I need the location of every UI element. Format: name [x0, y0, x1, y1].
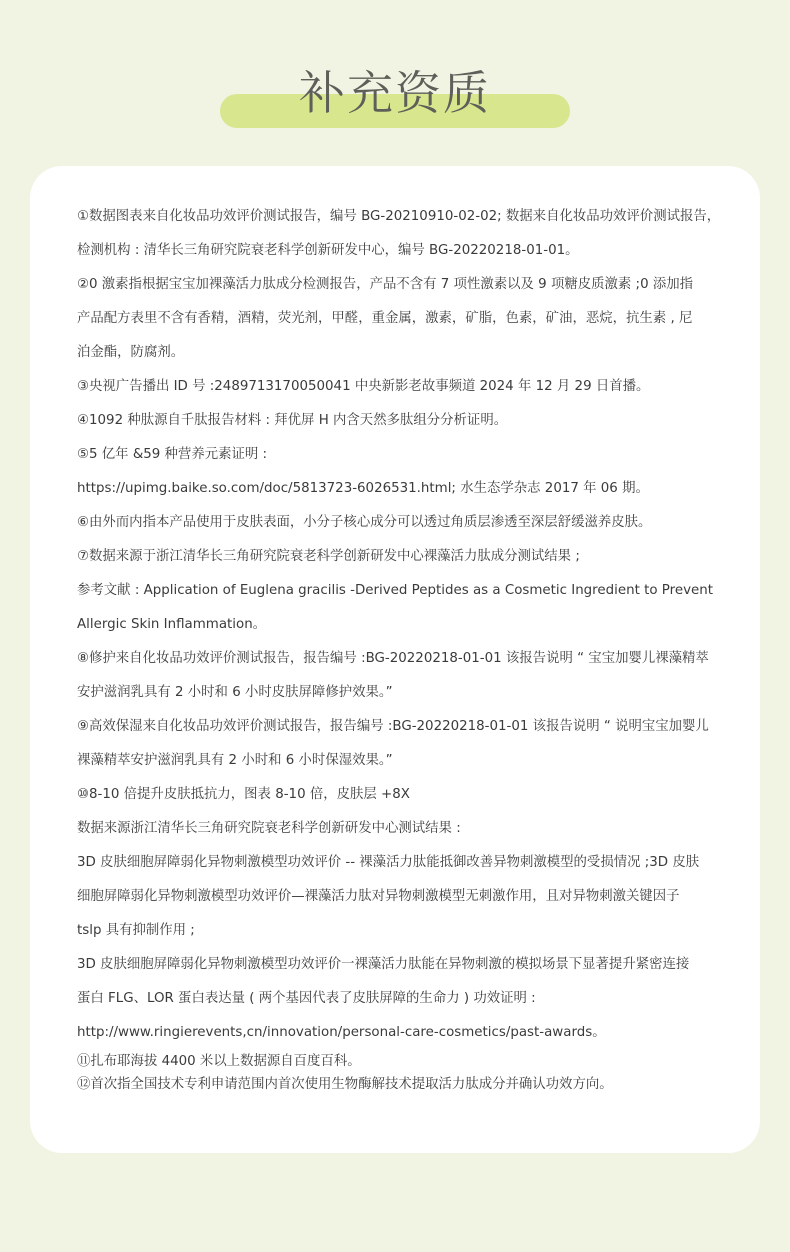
note-line-10-3: 3D 皮肤细胞屏障弱化异物刺激模型功效评价 -- 裸藻活力肽能抵御改善异物刺激模… — [77, 846, 727, 880]
note-line-2-1: ②0 激素指根据宝宝加裸藻活力肽成分检测报告，产品不含有 7 项性激素以及 9 … — [77, 268, 727, 302]
note-line-10-2: 数据来源浙江清华长三角研究院衰老科学创新研发中心测试结果 : — [77, 812, 727, 846]
section-header: 补充资质 — [0, 0, 790, 166]
note-line-10-5: tslp 具有抑制作用 ; — [77, 914, 727, 948]
note-line-5-1: ⑤5 亿年 &59 种营养元素证明 : — [77, 438, 727, 472]
note-line-4: ④1092 种肽源自千肽报告材料 : 拜优屏 H 内含天然多肽组分分析证明。 — [77, 404, 727, 438]
note-line-8-1: ⑧修护来自化妆品功效评价测试报告，报告编号 :BG-20220218-01-01… — [77, 642, 727, 676]
note-line-9-1: ⑨高效保湿来自化妆品功效评价测试报告，报告编号 :BG-20220218-01-… — [77, 710, 727, 744]
notes-card: ①数据图表来自化妆品功效评价测试报告，编号 BG-20210910-02-02;… — [30, 166, 760, 1153]
note-line-7-2: 参考文献 : Application of Euglena gracilis -… — [77, 574, 727, 608]
note-line-11: ⑪扎布耶海拔 4400 米以上数据源自百度百科。 — [77, 1050, 727, 1073]
note-line-10-1: ⑩8-10 倍提升皮肤抵抗力，图表 8-10 倍，皮肤层 +8X — [77, 778, 727, 812]
note-line-10-7: 蛋白 FLG、LOR 蛋白表达量 ( 两个基因代表了皮肤屏障的生命力 ) 功效证… — [77, 982, 727, 1016]
note-line-8-2: 安护滋润乳具有 2 小时和 6 小时皮肤屏障修护效果。” — [77, 676, 727, 710]
note-line-2-3: 泊金酯，防腐剂。 — [77, 336, 727, 370]
note-line-3: ③央视广告播出 ID 号 :2489713170050041 中央新影老故事频道… — [77, 370, 727, 404]
note-line-10-8-url: http://www.ringierevents,cn/innovation/p… — [77, 1016, 727, 1050]
note-line-7-1: ⑦数据来源于浙江清华长三角研究院衰老科学创新研发中心裸藻活力肽成分测试结果 ; — [77, 540, 727, 574]
note-line-5-2-url: https://upimg.baike.so.com/doc/5813723-6… — [77, 472, 727, 506]
note-line-10-4: 细胞屏障弱化异物刺激模型功效评价—裸藻活力肽对异物刺激模型无刺激作用，且对异物刺… — [77, 880, 727, 914]
note-line-9-2: 裸藻精萃安护滋润乳具有 2 小时和 6 小时保湿效果。” — [77, 744, 727, 778]
note-line-12: ⑫首次指全国技术专利申请范围内首次使用生物酶解技术提取活力肽成分并确认功效方向。 — [77, 1073, 727, 1096]
note-line-1-1: ①数据图表来自化妆品功效评价测试报告，编号 BG-20210910-02-02;… — [77, 200, 727, 234]
note-line-6: ⑥由外而内指本产品使用于皮肤表面，小分子核心成分可以透过角质层渗透至深层舒缓滋养… — [77, 506, 727, 540]
note-line-10-6: 3D 皮肤细胞屏障弱化异物刺激模型功效评价一裸藻活力肽能在异物刺激的模拟场景下显… — [77, 948, 727, 982]
note-line-1-2: 检测机构 : 清华长三角研究院衰老科学创新研发中心，编号 BG-20220218… — [77, 234, 727, 268]
note-line-2-2: 产品配方表里不含有香精，酒精，荧光剂，甲醛，重金属，激素，矿脂，色素，矿油，恶烷… — [77, 302, 727, 336]
note-line-7-3: Allergic Skin Inflammation。 — [77, 608, 727, 642]
page-title: 补充资质 — [0, 58, 790, 128]
notes-content: ①数据图表来自化妆品功效评价测试报告，编号 BG-20210910-02-02;… — [77, 200, 727, 1096]
